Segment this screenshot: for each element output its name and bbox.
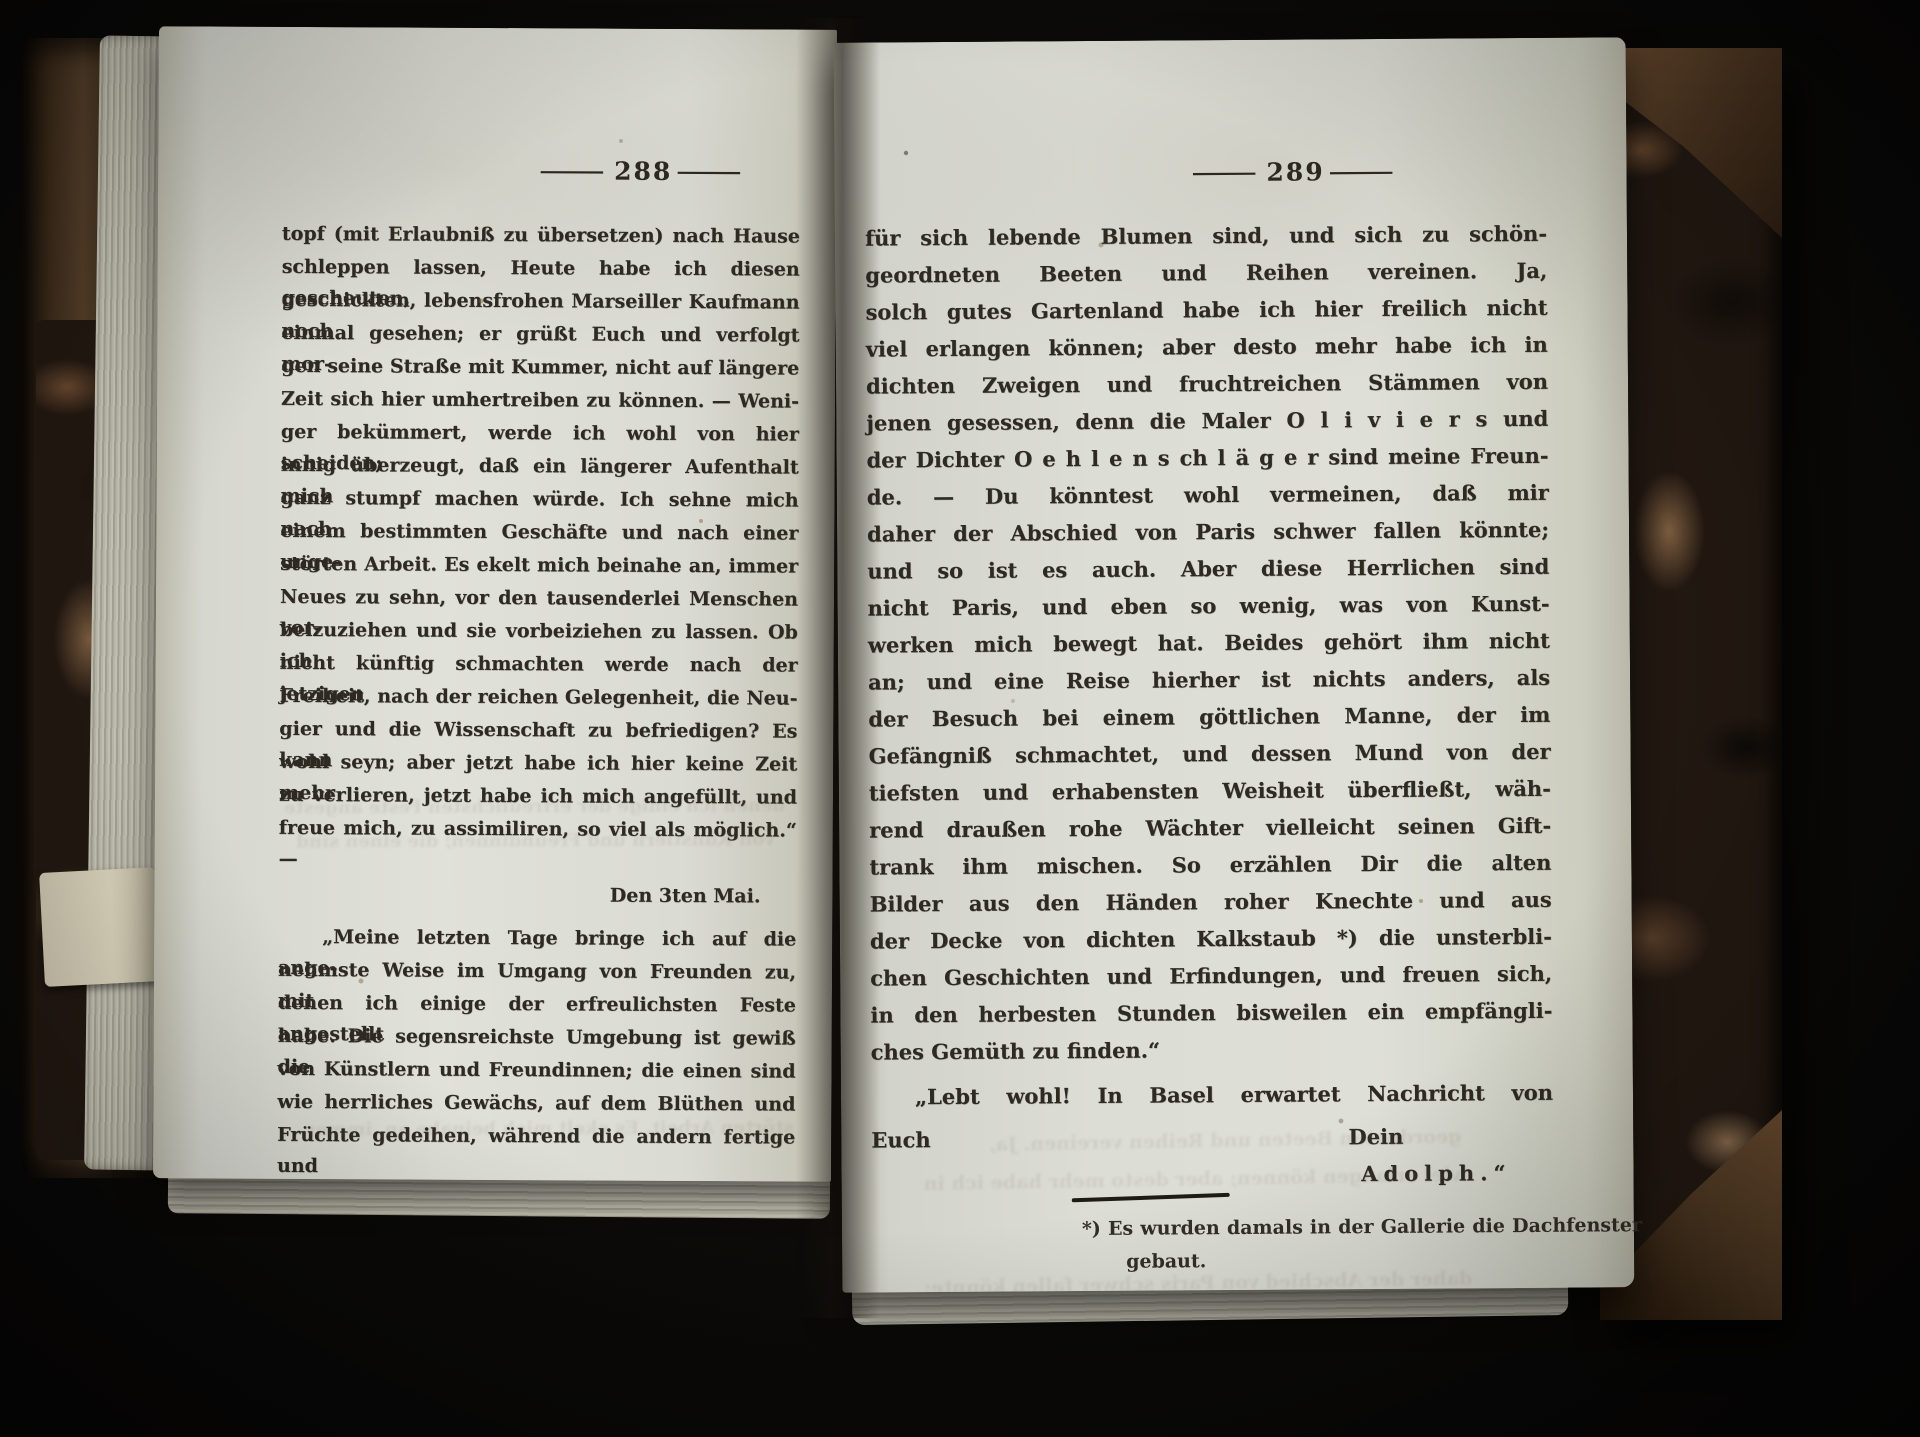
text-line: gen seine Straße mit Kummer, nicht auf l… [281, 351, 799, 387]
text-line: für sich lebende Blumen sind, und sich z… [865, 216, 1547, 258]
paper-specks [0, 0, 2, 2]
header-dash-left: — [537, 160, 613, 182]
text-line: „Meine letzten Tage bringe ich auf die a… [278, 922, 796, 958]
book-photo: —288— topf (mit Erlaubniß zu übersetzen)… [0, 0, 1920, 1437]
text-line: in den herbesten Stunden bisweilen ein e… [870, 993, 1552, 1035]
signature-row: Euch Dein [871, 1118, 1553, 1160]
left-page-text: topf (mit Erlaubniß zu übersetzen) nach … [277, 219, 800, 1156]
right-page: —289— für sich lebende Blumen sind, und … [834, 37, 1635, 1292]
text-line: denen ich einige der erfreulichsten Fest… [278, 988, 796, 1024]
text-line: viel erlangen können; aber desto mehr ha… [866, 327, 1548, 369]
text-line: chen Geschichten und Erfindungen, und fr… [870, 956, 1552, 998]
text-line: einmal gesehen; er grüßt Euch und verfol… [281, 318, 799, 354]
text-line: Zeit sich hier umhertreiben zu können. —… [281, 384, 799, 420]
page-header-left: —288— [384, 155, 902, 187]
text-line: ganz stumpf machen würde. Ich sehne mich… [280, 483, 798, 519]
text-line: der Decke von dichten Kalkstaub *) die u… [870, 919, 1552, 961]
text-line: nehmste Weise im Umgang von Freunden zu,… [278, 955, 796, 991]
text-line: wohl seyn; aber jetzt habe ich hier kein… [279, 747, 797, 783]
text-line: jenen gesessen, denn die Maler O l i v i… [866, 401, 1548, 443]
text-line: solch gutes Gartenland habe ich hier fre… [865, 290, 1547, 332]
text-line: innig überzeugt, daß ein längerer Aufent… [281, 450, 799, 486]
text-line: an; und eine Reise hierher ist nichts an… [868, 660, 1550, 702]
page-number-left: 288 [614, 157, 672, 186]
text-line: nicht künftig schmachten werde nach der … [280, 648, 798, 684]
text-line: rend draußen rohe Wächter vielleicht sei… [869, 808, 1551, 850]
text-line: schleppen lassen, Heute habe ich diesen … [282, 252, 800, 288]
text-line: störten Arbeit. Es ekelt mich beinahe an… [280, 549, 798, 585]
text-line: geschickten, lebensfrohen Marseiller Kau… [281, 285, 799, 321]
text-line: de. — Du könntest wohl vermeinen, daß mi… [867, 475, 1549, 517]
closing-euch: Euch [871, 1122, 931, 1159]
text-line: ger bekümmert, werde ich wohl von hier s… [281, 417, 799, 453]
closing-line: „Lebt wohl! In Basel erwartet Nachricht … [871, 1075, 1553, 1117]
text-line: und so ist es auch. Aber diese Herrliche… [867, 549, 1549, 591]
header-dash-right: — [1326, 160, 1402, 182]
header-dash-left: — [1189, 161, 1265, 183]
text-line: Gefängniß schmachtet, und dessen Mund vo… [869, 734, 1551, 776]
text-line: trank ihm mischen. So erzählen Dir die a… [869, 845, 1551, 887]
header-dash-right: — [674, 161, 750, 183]
right-page-text: für sich lebende Blumen sind, und sich z… [865, 216, 1554, 1197]
text-line: nicht Paris, und eben so wenig, was von … [867, 586, 1549, 628]
text-line: werken mich bewegt hat. Beides gehört ih… [868, 623, 1550, 665]
text-line: einem bestimmten Geschäfte und nach eine… [280, 516, 798, 552]
text-line: Früchte gedeihen, während die andern fer… [277, 1120, 795, 1156]
closing-dein: Dein [1348, 1119, 1403, 1156]
text-line: habe. Die segensreichste Umgebung ist ge… [278, 1021, 796, 1057]
text-line: dichten Zweigen und fruchtreichen Stämme… [866, 364, 1548, 406]
text-line: daher der Abschied von Paris schwer fall… [867, 512, 1549, 554]
footnote: *) Es wurden damals in der Gallerie die … [1082, 1209, 1642, 1279]
text-line: der Besuch bei einem göttlichen Manne, d… [868, 697, 1550, 739]
text-line: der Dichter O e h l e n s ch l ä g e r s… [866, 438, 1548, 480]
text-line: Neues zu sehn, vor den tausenderlei Mens… [280, 582, 798, 618]
page-header-right: —289— [954, 155, 1636, 189]
text-line: wie herrliches Gewächs, auf dem Blüthen … [277, 1087, 795, 1123]
text-line: von Künstlern und Freundinnen; die einen… [277, 1054, 795, 1090]
text-line: Bilder aus den Händen roher Knechte und … [870, 882, 1552, 924]
text-line: gier und die Wissenschaft zu befriedigen… [279, 714, 797, 750]
text-line: geordneten Beeten und Reihen vereinen. J… [865, 253, 1547, 295]
text-line: topf (mit Erlaubniß zu übersetzen) nach … [282, 219, 800, 255]
letter-paragraph: für sich lebende Blumen sind, und sich z… [865, 216, 1553, 1072]
bookmark-tab [39, 867, 161, 987]
signature-adolph: Adolph.“ [871, 1155, 1553, 1197]
text-line: freue mich, zu assimiliren, so viel als … [279, 813, 797, 849]
text-line: zu verlieren, jetzt habe ich mich angefü… [279, 780, 797, 816]
text-line: Freiheit, nach der reichen Gelegenheit, … [279, 681, 797, 717]
leather-corner-top-right [1600, 48, 1782, 238]
text-line: beizuziehen und sie vorbeiziehen zu lass… [280, 615, 798, 651]
date-line: Den 3ten Mai. [278, 879, 796, 915]
text-line: tiefsten und erhabensten Weisheit überfl… [869, 771, 1551, 813]
paragraph-1: topf (mit Erlaubniß zu übersetzen) nach … [279, 219, 800, 849]
text-line: gebaut. [1082, 1242, 1642, 1279]
left-page: —288— topf (mit Erlaubniß zu übersetzen)… [153, 26, 837, 1182]
text-line: *) Es wurden damals in der Gallerie die … [1082, 1209, 1642, 1246]
paragraph-2: „Meine letzten Tage bringe ich auf die a… [277, 922, 796, 1156]
page-number-right: 289 [1266, 157, 1324, 186]
text-line: ches Gemüth zu finden.“ [871, 1030, 1553, 1072]
